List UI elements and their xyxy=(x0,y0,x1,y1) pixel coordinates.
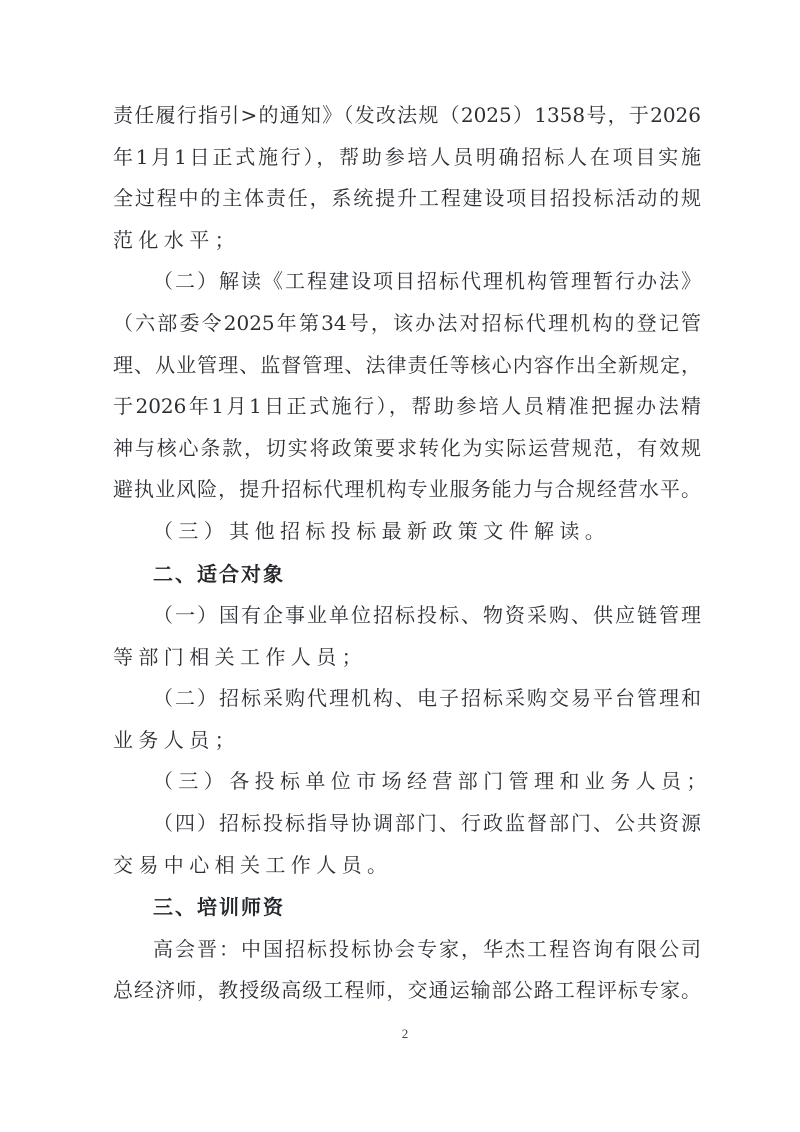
body-line: 范化水平； xyxy=(113,220,701,262)
list-item-3: （三）其他招标投标最新政策文件解读。 xyxy=(113,511,701,553)
document-page: 责任履行指引>的通知》（发改法规（2025）1358号，于2026 年1月1日正… xyxy=(113,95,701,1012)
body-line: 全过程中的主体责任，系统提升工程建设项目招投标活动的规 xyxy=(113,178,701,220)
section-heading-target-audience: 二、适合对象 xyxy=(113,553,701,596)
audience-item-1-start: （一）国有企事业单位招标投标、物资采购、供应链管理 xyxy=(113,595,701,637)
body-line: 业务人员； xyxy=(113,720,701,762)
audience-item-2-start: （二）招标采购代理机构、电子招标采购交易平台管理和 xyxy=(113,678,701,720)
body-line: 于2026年1月1日正式施行），帮助参培人员精准把握办法精 xyxy=(113,386,701,428)
body-line: 神与核心条款，切实将政策要求转化为实际运营规范，有效规 xyxy=(113,428,701,470)
page-number: 2 xyxy=(0,1026,800,1042)
body-line: 年1月1日正式施行），帮助参培人员明确招标人在项目实施 xyxy=(113,137,701,179)
audience-item-4-start: （四）招标投标指导协调部门、行政监督部门、公共资源 xyxy=(113,803,701,845)
list-item-2-start: （二）解读《工程建设项目招标代理机构管理暂行办法》 xyxy=(113,261,701,303)
body-line: 责任履行指引>的通知》（发改法规（2025）1358号，于2026 xyxy=(113,95,701,137)
body-line: 理、从业管理、监督管理、法律责任等核心内容作出全新规定， xyxy=(113,345,701,387)
body-line: （六部委令2025年第34号，该办法对招标代理机构的登记管 xyxy=(113,303,701,345)
body-line: 避执业风险，提升招标代理机构专业服务能力与合规经营水平。 xyxy=(113,469,701,511)
body-line: 交易中心相关工作人员。 xyxy=(113,845,701,887)
trainer-bio-start: 高会晋：中国招标投标协会专家，华杰工程咨询有限公司 xyxy=(113,929,701,971)
body-line: 等部门相关工作人员； xyxy=(113,637,701,679)
body-line: 总经济师，教授级高级工程师，交通运输部公路工程评标专家。 xyxy=(113,970,701,1012)
section-heading-trainers: 三、培训师资 xyxy=(113,886,701,929)
audience-item-3: （三）各投标单位市场经营部门管理和业务人员； xyxy=(113,761,701,803)
